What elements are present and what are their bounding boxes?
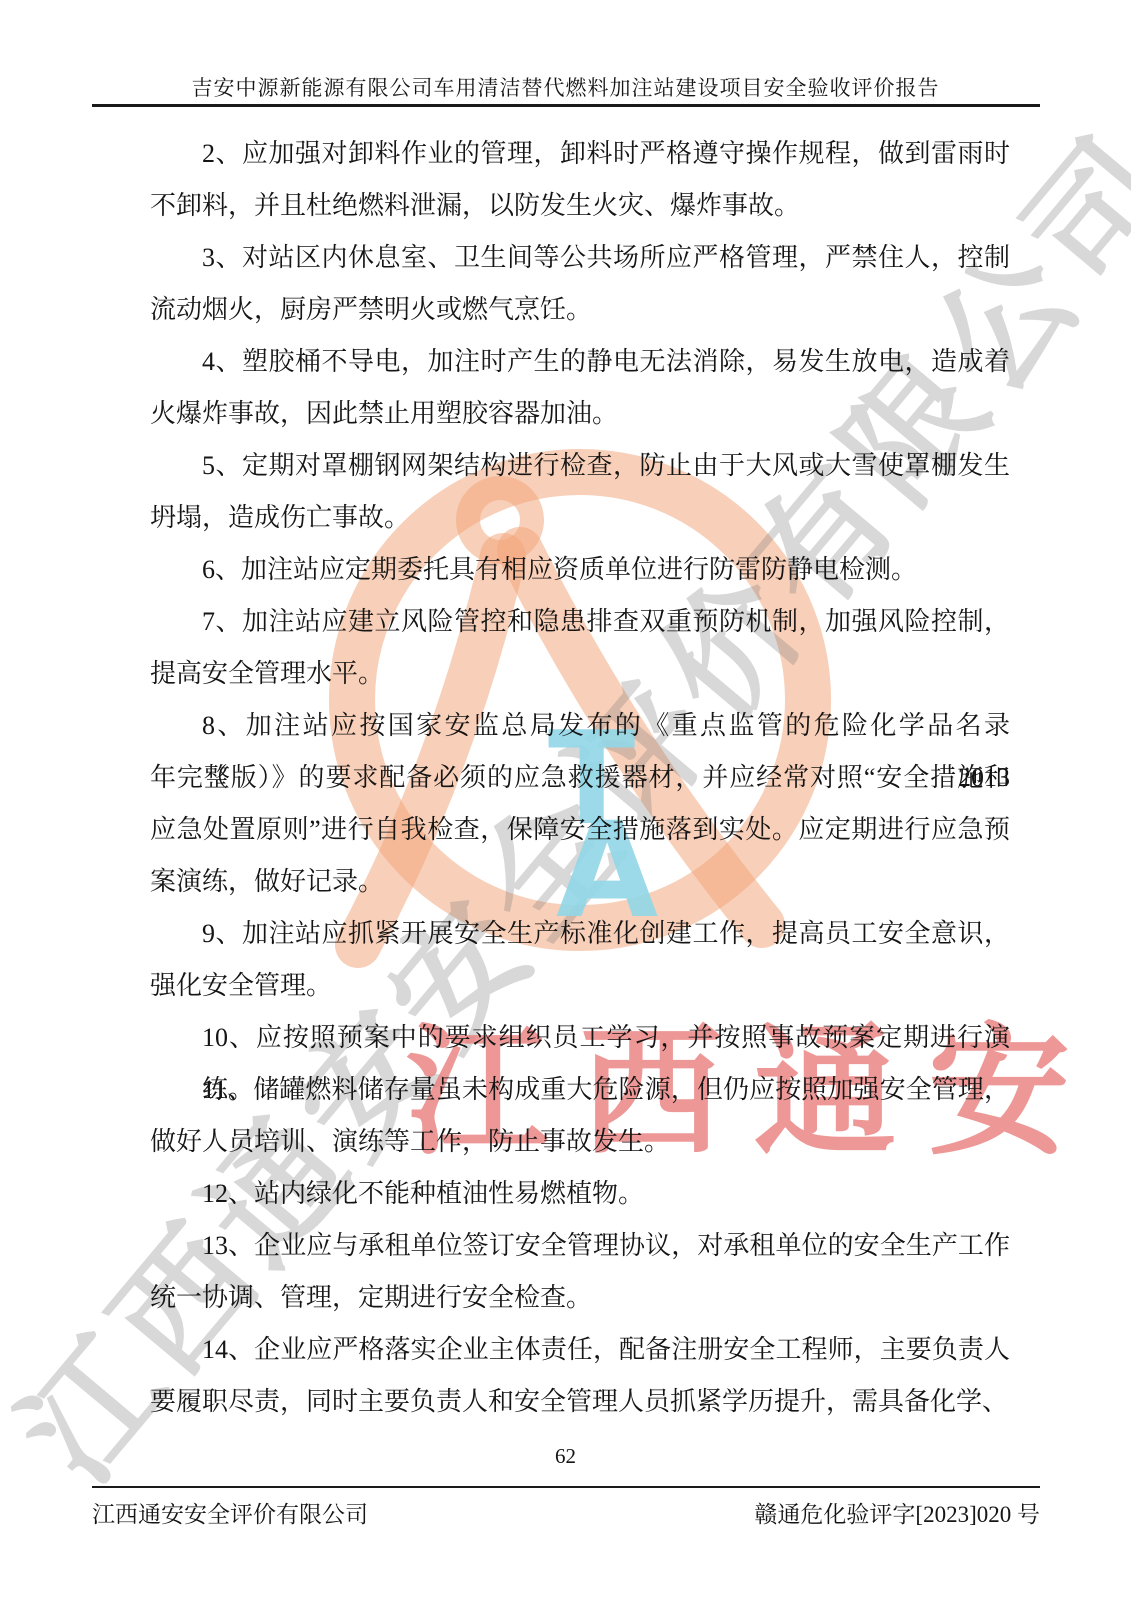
body-line: 火爆炸事故，因此禁止用塑胶容器加油。 xyxy=(150,388,1010,440)
body-line: 13、企业应与承租单位签订安全管理协议，对承租单位的安全生产工作 xyxy=(150,1220,1010,1272)
body-line: 不卸料，并且杜绝燃料泄漏，以防发生火灾、爆炸事故。 xyxy=(150,180,1010,232)
body-line: 8、加注站应按国家安监总局发布的《重点监管的危险化学品名录（2013 xyxy=(150,700,1010,752)
body-line: 统一协调、管理，定期进行安全检查。 xyxy=(150,1272,1010,1324)
report-body: 2、应加强对卸料作业的管理，卸料时严格遵守操作规程，做到雷雨时不卸料，并且杜绝燃… xyxy=(150,128,1010,1428)
header-rule xyxy=(92,104,1040,107)
body-line: 4、塑胶桶不导电，加注时产生的静电无法消除，易发生放电，造成着 xyxy=(150,336,1010,388)
report-page: 江西通安安全评价有限公司 T A 江西通安 吉安中源新能源有限公司车用清洁替代燃… xyxy=(0,0,1131,1600)
footer-doc-number: 赣通危化验评字[2023]020 号 xyxy=(754,1496,1040,1529)
body-line: 要履职尽责，同时主要负责人和安全管理人员抓紧学历提升，需具备化学、 xyxy=(150,1376,1010,1428)
body-line: 案演练，做好记录。 xyxy=(150,856,1010,908)
body-line: 12、站内绿化不能种植油性易燃植物。 xyxy=(150,1168,1010,1220)
body-line: 强化安全管理。 xyxy=(150,960,1010,1012)
footer-rule xyxy=(92,1486,1040,1488)
page-number: 62 xyxy=(0,1444,1131,1469)
body-line: 提高安全管理水平。 xyxy=(150,648,1010,700)
body-line: 14、企业应严格落实企业主体责任，配备注册安全工程师，主要负责人 xyxy=(150,1324,1010,1376)
body-line: 3、对站区内休息室、卫生间等公共场所应严格管理，严禁住人，控制 xyxy=(150,232,1010,284)
report-header-title: 吉安中源新能源有限公司车用清洁替代燃料加注站建设项目安全验收评价报告 xyxy=(0,72,1131,102)
body-line: 做好人员培训、演练等工作，防止事故发生。 xyxy=(150,1116,1010,1168)
body-line: 5、定期对罩棚钢网架结构进行检查，防止由于大风或大雪使罩棚发生 xyxy=(150,440,1010,492)
body-line: 应急处置原则”进行自我检查，保障安全措施落到实处。应定期进行应急预 xyxy=(150,804,1010,856)
body-line: 7、加注站应建立风险管控和隐患排查双重预防机制，加强风险控制， xyxy=(150,596,1010,648)
body-line: 10、应按照预案中的要求组织员工学习，并按照事故预案定期进行演练。 xyxy=(150,1012,1010,1064)
body-line: 9、加注站应抓紧开展安全生产标准化创建工作，提高员工安全意识， xyxy=(150,908,1010,960)
body-line: 坍塌，造成伤亡事故。 xyxy=(150,492,1010,544)
body-line: 11、储罐燃料储存量虽未构成重大危险源，但仍应按照加强安全管理， xyxy=(150,1064,1010,1116)
body-line: 年完整版）》的要求配备必须的应急救援器材，并应经常对照“安全措施和 xyxy=(150,752,1010,804)
body-line: 2、应加强对卸料作业的管理，卸料时严格遵守操作规程，做到雷雨时 xyxy=(150,128,1010,180)
footer-row: 江西通安安全评价有限公司 赣通危化验评字[2023]020 号 xyxy=(92,1496,1040,1529)
body-line: 6、加注站应定期委托具有相应资质单位进行防雷防静电检测。 xyxy=(150,544,1010,596)
footer-company: 江西通安安全评价有限公司 xyxy=(92,1496,368,1529)
body-line: 流动烟火，厨房严禁明火或燃气烹饪。 xyxy=(150,284,1010,336)
